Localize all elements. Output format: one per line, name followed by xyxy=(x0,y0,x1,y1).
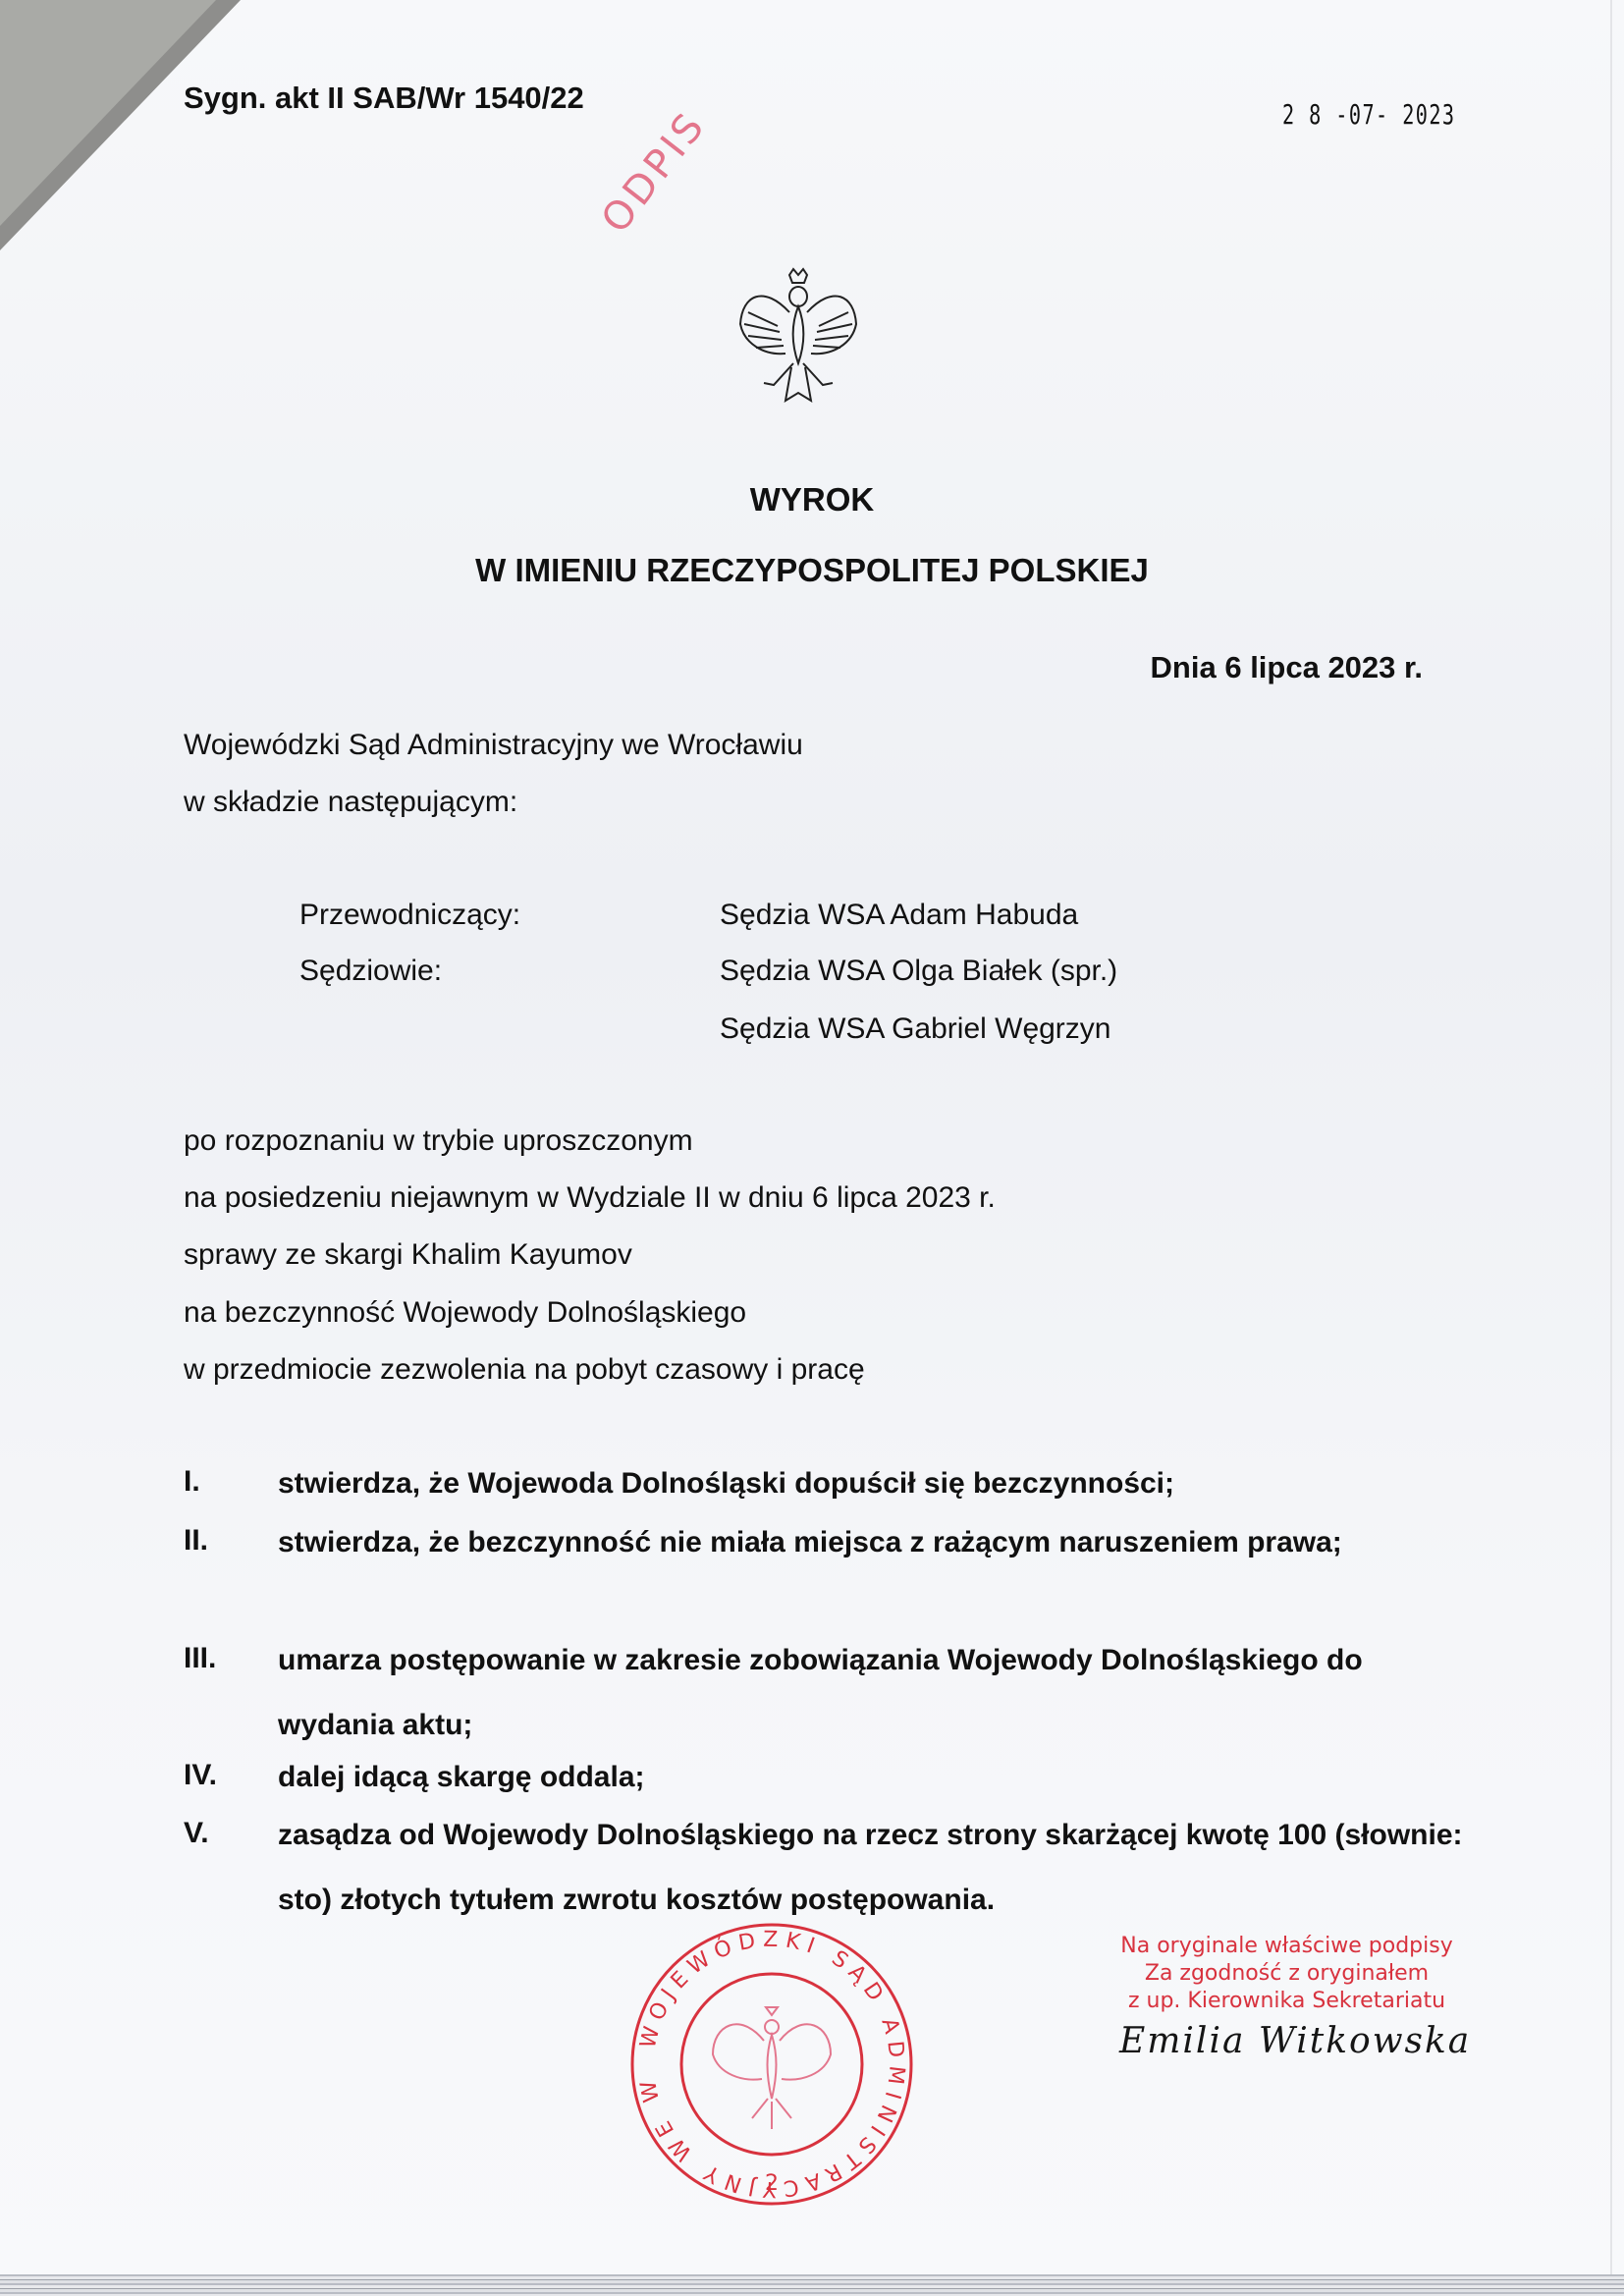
court-name: Wojewódzki Sąd Administracyjny we Wrocła… xyxy=(184,729,803,762)
ruling-number: III. xyxy=(184,1642,216,1675)
panel-judge: Sędzia WSA Olga Białek (spr.) xyxy=(720,955,1117,988)
ruling-text: dalej idącą skargę oddala; xyxy=(278,1745,1464,1810)
ruling-number: II. xyxy=(184,1524,208,1558)
composition-intro: w składzie następującym: xyxy=(184,786,517,819)
received-date-stamp: 2 8 -07- 2023 xyxy=(1282,98,1456,131)
scanner-edge xyxy=(0,2274,1624,2296)
panel-judge: Sędzia WSA Gabriel Węgrzyn xyxy=(720,1012,1110,1046)
proceedings-line: na posiedzeniu niejawnym w Wydziale II w… xyxy=(184,1181,996,1215)
certification-stamp: Na oryginale właściwe podpisy Za zgodnoś… xyxy=(1112,1933,1461,2015)
ruling-text: zasądza od Wojewody Dolnośląskiego na rz… xyxy=(278,1803,1464,1933)
proceedings-line: w przedmiocie zezwolenia na pobyt czasow… xyxy=(184,1353,865,1387)
certification-line: Za zgodność z oryginałem xyxy=(1112,1960,1461,1988)
judgment-title: WYROK xyxy=(0,481,1624,519)
clerk-signature: Emilia Witkowska xyxy=(1119,2021,1471,2061)
eagle-emblem-icon xyxy=(734,265,862,412)
document-page: Sygn. akt II SAB/Wr 1540/22 2 8 -07- 202… xyxy=(0,0,1624,2296)
certification-line: Na oryginale właściwe podpisy xyxy=(1112,1933,1461,1960)
panel-role: Przewodniczący: xyxy=(299,899,520,932)
court-seal-icon: WOJEWÓDZKI SĄD ADMINISTRACYJNY WE WROCŁA… xyxy=(624,1917,919,2212)
case-signature: Sygn. akt II SAB/Wr 1540/22 xyxy=(184,81,584,116)
copy-stamp: ODPIS xyxy=(593,103,716,242)
ruling-text: stwierdza, że Wojewoda Dolnośląski dopuś… xyxy=(278,1451,1464,1516)
page-edge xyxy=(1610,0,1612,2296)
svg-text:2: 2 xyxy=(765,2171,779,2196)
proceedings-line: sprawy ze skargi Khalim Kayumov xyxy=(184,1238,632,1272)
proceedings-line: na bezczynność Wojewody Dolnośląskiego xyxy=(184,1296,746,1330)
ruling-text: stwierdza, że bezczynność nie miała miej… xyxy=(278,1510,1464,1575)
judgment-date: Dnia 6 lipca 2023 r. xyxy=(1151,650,1423,685)
ruling-number: I. xyxy=(184,1465,200,1499)
ruling-number: IV. xyxy=(184,1759,217,1792)
panel-role: Sędziowie: xyxy=(299,955,442,988)
certification-line: z up. Kierownika Sekretariatu xyxy=(1112,1988,1461,2015)
proceedings-line: po rozpoznaniu w trybie uproszczonym xyxy=(184,1124,693,1158)
judgment-subtitle: W IMIENIU RZECZYPOSPOLITEJ POLSKIEJ xyxy=(0,552,1624,589)
ruling-number: V. xyxy=(184,1817,209,1850)
panel-judge: Sędzia WSA Adam Habuda xyxy=(720,899,1078,932)
ruling-text: umarza postępowanie w zakresie zobowiąza… xyxy=(278,1628,1464,1758)
